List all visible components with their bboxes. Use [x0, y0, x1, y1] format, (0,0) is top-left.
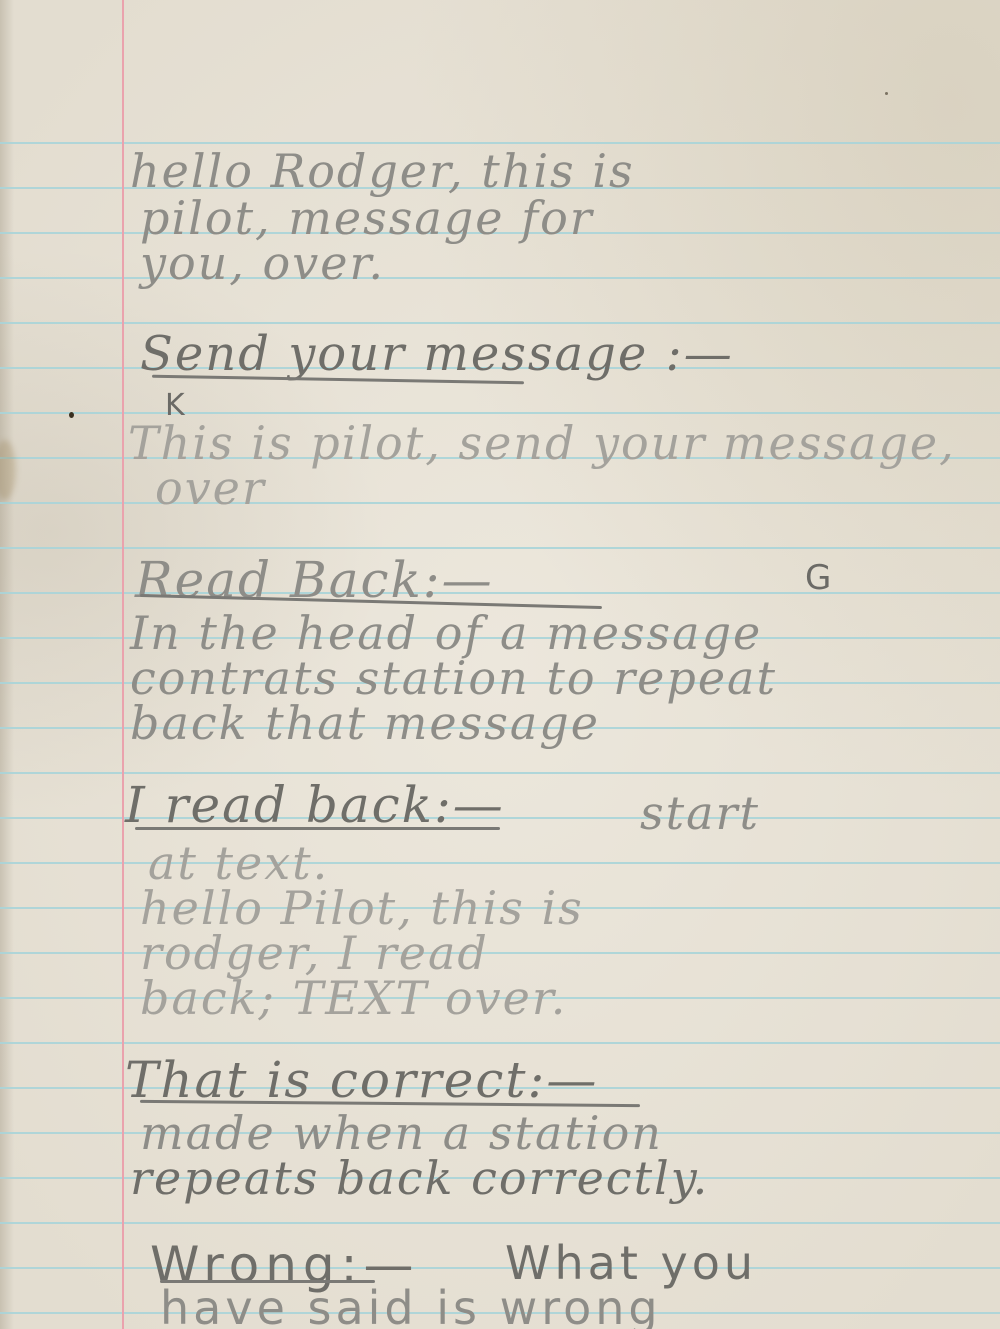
heading-underline: [135, 827, 500, 830]
line-intro-1: hello Rodger, this is: [130, 148, 635, 194]
heading-that-is-correct: That is correct:—: [125, 1055, 598, 1105]
margin-line: [122, 0, 124, 1329]
heading-wrong-tail: What you: [505, 1240, 757, 1286]
ruled-line: [0, 772, 1000, 774]
heading-i-read-back: I read back:—: [125, 780, 505, 830]
line-send-2: over: [155, 465, 266, 511]
line-readback-1: In the head of a message: [130, 610, 762, 656]
line-correct-2: repeats back correctly.: [130, 1155, 709, 1201]
line-send-1: This is pilot, send your message,: [128, 420, 956, 466]
ruled-line: [0, 322, 1000, 324]
line-intro-3: you, over.: [140, 240, 385, 286]
line-ireadback-2: hello Pilot, this is: [140, 885, 584, 931]
heading-i-read-back-tail: start: [640, 790, 760, 836]
line-readback-2: contrats station to repeat: [130, 655, 777, 701]
notebook-page: hello Rodger, this is pilot, message for…: [0, 0, 1000, 1329]
ruled-line: [0, 412, 1000, 414]
line-ireadback-1: at text.: [148, 840, 329, 886]
line-ireadback-3: rodger, I read: [140, 930, 489, 976]
ink-dot: [885, 92, 888, 95]
ruled-line: [0, 547, 1000, 549]
line-intro-2: pilot, message for: [140, 195, 594, 241]
ruled-line: [0, 1042, 1000, 1044]
binding-shadow: [0, 0, 14, 1329]
line-wrong-1: have said is wrong: [160, 1285, 662, 1329]
annotation-g: G: [805, 558, 831, 598]
heading-send-your-message: Send your message :—: [140, 330, 734, 378]
line-readback-3: back that message: [130, 700, 600, 746]
line-correct-1: made when a station: [140, 1110, 663, 1156]
ruled-line: [0, 1222, 1000, 1224]
ruled-line: [0, 502, 1000, 504]
ink-dot: [69, 412, 74, 418]
line-ireadback-4: back; TEXT over.: [140, 975, 567, 1021]
